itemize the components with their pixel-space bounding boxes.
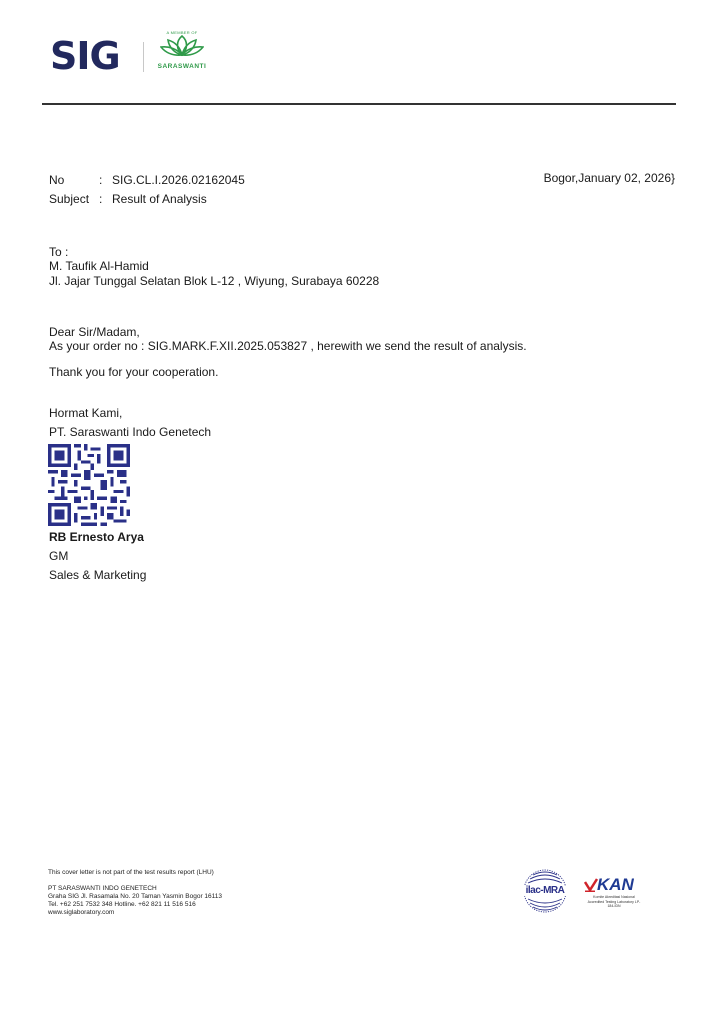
company-name: PT. Saraswanti Indo Genetech: [49, 425, 211, 439]
saraswanti-logo: A MEMBER OF SARASWANTI: [150, 30, 214, 70]
sig-logo-text: SIG: [50, 34, 120, 78]
recipient-name: M. Taufik Al-Hamid: [49, 259, 149, 273]
footer-website[interactable]: www.siglaboratory.com: [48, 909, 114, 917]
subject-label: Subject: [49, 192, 89, 206]
footer-address: Graha SIG Jl. Rasamala No. 20 Taman Yasm…: [48, 893, 222, 901]
recipient-address: Jl. Jajar Tunggal Selatan Blok L-12 , Wi…: [49, 274, 379, 288]
thanks-text: Thank you for your cooperation.: [49, 365, 218, 379]
qr-code-icon: [48, 444, 130, 526]
kan-text: KAN: [597, 876, 634, 894]
closing: Hormat Kami,: [49, 406, 122, 420]
ilac-mra-logo: ilac-MRA: [522, 867, 568, 915]
signer-name: RB Ernesto Arya: [49, 530, 144, 544]
kan-logo: KAN Komite Akreditasi Nasional Accredite…: [584, 876, 644, 912]
header-rule: [42, 103, 676, 105]
subject-separator: :: [99, 192, 102, 206]
no-separator: :: [99, 173, 102, 187]
signer-department: Sales & Marketing: [49, 568, 146, 582]
letter-number: SIG.CL.I.2026.02162045: [112, 173, 245, 187]
place-date: Bogor,January 02, 2026}: [544, 171, 675, 185]
sig-logo: SIG: [50, 36, 120, 76]
body-text: As your order no : SIG.MARK.F.XII.2025.0…: [49, 339, 527, 353]
kan-check-icon: [584, 878, 598, 892]
salutation: Dear Sir/Madam,: [49, 325, 140, 339]
logo-divider: [143, 42, 144, 72]
footer-disclaimer: This cover letter is not part of the tes…: [48, 869, 214, 877]
no-label: No: [49, 173, 64, 187]
footer-company: PT SARASWANTI INDO GENETECH: [48, 885, 157, 893]
saraswanti-brand-name: SARASWANTI: [150, 63, 214, 70]
kan-subtext: Komite Akreditasi Nasional Accredited Te…: [586, 895, 642, 909]
to-label: To :: [49, 245, 68, 259]
footer-phone: Tel. +62 251 7532 348 Hotline. +62 821 1…: [48, 901, 196, 909]
subject-value: Result of Analysis: [112, 192, 207, 206]
signer-title: GM: [49, 549, 68, 563]
lotus-icon: [160, 35, 204, 57]
ilac-mra-text: ilac-MRA: [522, 885, 568, 896]
